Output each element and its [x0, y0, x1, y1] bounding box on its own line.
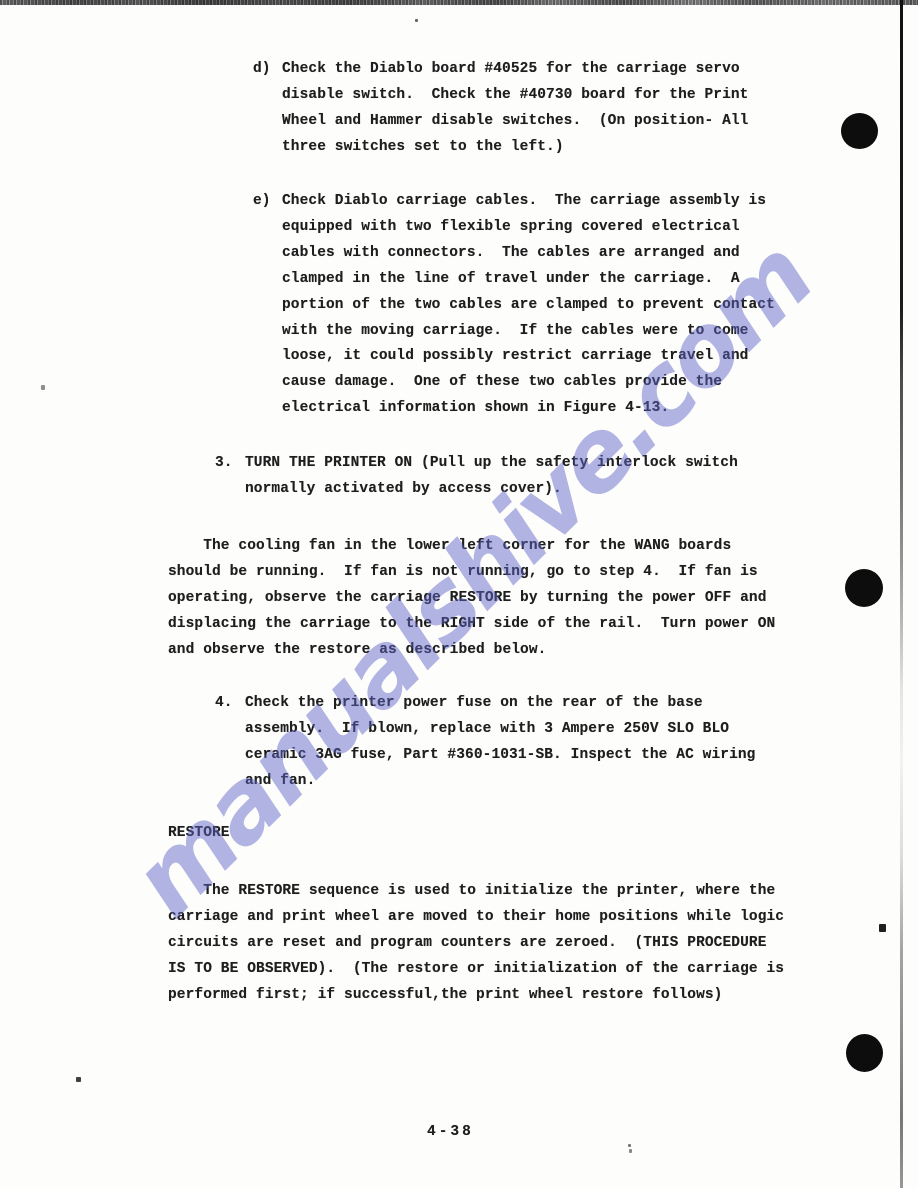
list-item-d-marker: d)	[253, 57, 282, 161]
scan-speck	[76, 1077, 81, 1082]
numbered-step-4: 4. Check the printer power fuse on the r…	[215, 691, 755, 795]
list-item-d-text: Check the Diablo board #40525 for the ca…	[282, 57, 748, 161]
scan-speck	[415, 19, 418, 22]
hole-punch-dot-top	[841, 113, 878, 149]
page-number: 4-38	[427, 1120, 474, 1146]
step-4-text: Check the printer power fuse on the rear…	[245, 691, 755, 795]
cooling-fan-paragraph: The cooling fan in the lower left corner…	[168, 534, 775, 664]
step-4-marker: 4.	[215, 691, 245, 795]
restore-paragraph: The RESTORE sequence is used to initiali…	[168, 879, 784, 1009]
scanned-manual-page: d) Check the Diablo board #40525 for the…	[0, 0, 918, 1188]
scan-artifact-top-band	[0, 0, 918, 5]
numbered-step-3: 3. TURN THE PRINTER ON (Pull up the safe…	[215, 451, 738, 503]
scan-speck	[879, 924, 886, 932]
list-item-e-marker: e)	[253, 189, 282, 422]
scan-speck	[629, 1149, 632, 1153]
hole-punch-dot-middle	[845, 569, 883, 607]
restore-section-heading: RESTORE	[168, 821, 230, 847]
list-item-e: e) Check Diablo carriage cables. The car…	[253, 189, 775, 422]
scan-speck	[628, 1144, 631, 1147]
scan-artifact-right-edge-line	[900, 0, 903, 1188]
step-3-marker: 3.	[215, 451, 245, 503]
scan-speck	[41, 385, 45, 390]
hole-punch-dot-bottom	[846, 1034, 883, 1072]
list-item-d: d) Check the Diablo board #40525 for the…	[253, 57, 748, 161]
list-item-e-text: Check Diablo carriage cables. The carria…	[282, 189, 775, 422]
step-3-text: TURN THE PRINTER ON (Pull up the safety …	[245, 451, 738, 503]
